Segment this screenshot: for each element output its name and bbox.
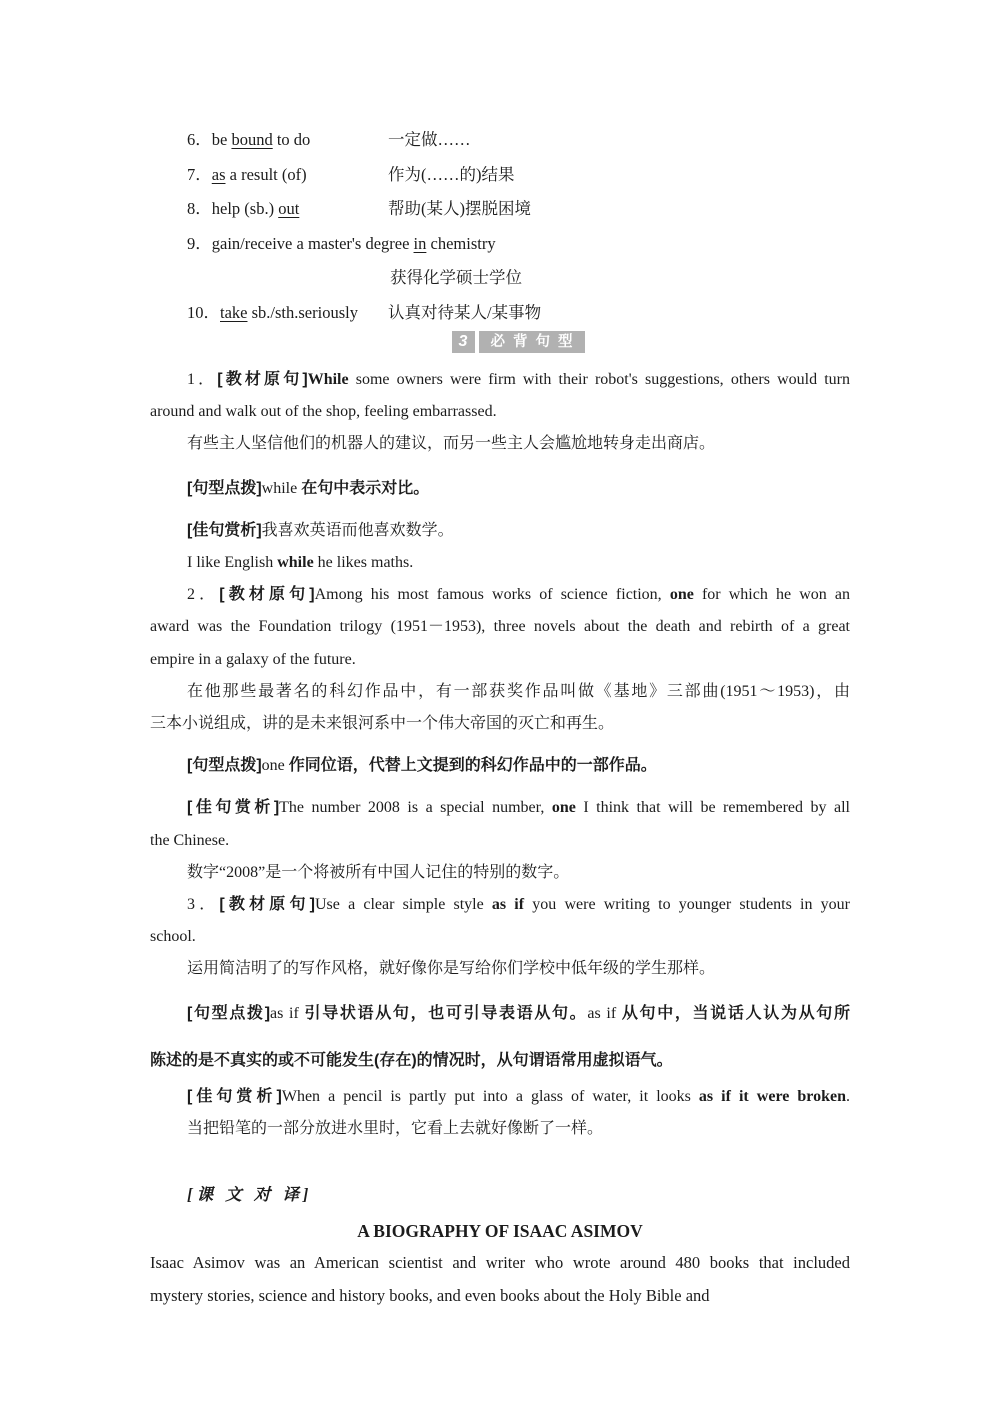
text-line: Isaac Asimov was an American scientist a… bbox=[150, 1247, 850, 1279]
vocab-chinese: 认真对待某人/某事物 bbox=[388, 296, 850, 331]
text-segment: bound bbox=[231, 130, 272, 149]
text-segment: some owners were firm with their robot's… bbox=[349, 371, 850, 388]
vocab-chinese: 作为(……的)结果 bbox=[388, 158, 850, 193]
text-segment: one bbox=[552, 799, 576, 816]
text-line: the Chinese. bbox=[150, 825, 850, 857]
text-segment: as bbox=[212, 165, 226, 184]
text-segment: empire in a galaxy of the future. bbox=[150, 651, 356, 668]
text-segment: to do bbox=[273, 130, 311, 149]
document-page: 6．be bound to do一定做……7．as a result (of)作… bbox=[0, 0, 1000, 1414]
passage-translation-label: [课 文 对 译] bbox=[150, 1179, 850, 1211]
vocab-english: 7．as a result (of) bbox=[150, 158, 388, 193]
text-segment: 在句中表示对比。 bbox=[301, 480, 429, 497]
text-line: 三本小说组成，讲的是未来银河系中一个伟大帝国的灭亡和再生。 bbox=[150, 708, 850, 740]
text-line: [句型点拨]one 作同位语，代替上文提到的科幻作品中的一部作品。 bbox=[150, 750, 850, 782]
section-title-badge: 必背句型 bbox=[479, 331, 585, 353]
vocab-english: 8．help (sb.) out bbox=[150, 192, 388, 227]
text-segment: 9．gain/receive a master's degree bbox=[187, 234, 414, 253]
vocab-english: 6．be bound to do bbox=[150, 123, 388, 158]
text-segment: [句型点拨] bbox=[187, 757, 262, 774]
text-line: 数字“2008”是一个将被所有中国人记住的特别的数字。 bbox=[150, 857, 850, 889]
text-segment: 10． bbox=[187, 303, 220, 322]
text-line: [句型点拨]while 在句中表示对比。 bbox=[150, 473, 850, 505]
vocab-item: 获得化学硕士学位 bbox=[150, 261, 850, 296]
text-segment: mystery stories, science and history boo… bbox=[150, 1286, 710, 1305]
vocab-chinese: 一定做…… bbox=[388, 123, 850, 158]
text-line: [佳句赏析]When a pencil is partly put into a… bbox=[150, 1081, 850, 1113]
text-segment: take bbox=[220, 303, 247, 322]
text-segment: 有些主人坚信他们的机器人的建议，而另一些主人会尴尬地转身走出商店。 bbox=[187, 435, 715, 452]
text-segment: 作同位语，代替上文提到的科幻作品中的一部作品。 bbox=[289, 757, 657, 774]
text-segment: award was the Foundation trilogy (1951－1… bbox=[150, 618, 850, 635]
vocab-item: 8．help (sb.) out帮助(某人)摆脱困境 bbox=[150, 192, 850, 227]
text-segment: . bbox=[846, 1088, 850, 1105]
text-segment: he likes maths. bbox=[314, 554, 414, 571]
text-line: 有些主人坚信他们的机器人的建议，而另一些主人会尴尬地转身走出商店。 bbox=[150, 428, 850, 460]
text-segment: sb./sth.seriously bbox=[247, 303, 357, 322]
text-segment: The number 2008 is a special number, bbox=[279, 799, 552, 816]
text-segment: 引导状语从句，也可引导表语从句。 bbox=[305, 1005, 588, 1022]
text-segment: Among his most famous works of science f… bbox=[315, 586, 670, 603]
text-segment: 我喜欢英语而他喜欢数学。 bbox=[262, 522, 454, 539]
text-line: 运用简洁明了的写作风格，就好像你是写给你们学校中低年级的学生那样。 bbox=[150, 953, 850, 985]
text-line: school. bbox=[150, 921, 850, 953]
text-segment: as if it were broken bbox=[699, 1088, 846, 1105]
text-line: 1．[教材原句]While some owners were firm with… bbox=[150, 364, 850, 396]
text-segment: while bbox=[262, 480, 302, 497]
vocab-item: 10．take sb./sth.seriously认真对待某人/某事物 bbox=[150, 296, 850, 331]
passage-body: Isaac Asimov was an American scientist a… bbox=[150, 1247, 850, 1311]
vocab-list: 6．be bound to do一定做……7．as a result (of)作… bbox=[150, 123, 850, 330]
text-segment: you were writing to younger students in … bbox=[524, 896, 850, 913]
text-segment: out bbox=[278, 199, 299, 218]
text-segment: 运用简洁明了的写作风格，就好像你是写给你们学校中低年级的学生那样。 bbox=[187, 960, 715, 977]
text-segment: [句型点拨] bbox=[187, 1005, 270, 1022]
vocab-item: 7．as a result (of)作为(……的)结果 bbox=[150, 158, 850, 193]
text-segment: 8．help (sb.) bbox=[187, 199, 278, 218]
text-segment: [佳句赏析] bbox=[187, 1088, 282, 1105]
text-line: [佳句赏析]The number 2008 is a special numbe… bbox=[150, 792, 850, 824]
vocab-chinese: 帮助(某人)摆脱困境 bbox=[388, 192, 850, 227]
text-segment: [佳句赏析] bbox=[187, 799, 279, 816]
text-segment: Use a clear simple style bbox=[315, 896, 492, 913]
text-segment: While bbox=[308, 371, 349, 388]
text-segment: 2． bbox=[187, 586, 219, 603]
text-segment: [佳句赏析] bbox=[187, 522, 262, 539]
text-segment: as if bbox=[270, 1005, 304, 1022]
text-segment: I think that will be remembered by all bbox=[576, 799, 850, 816]
vocab-chinese: 获得化学硕士学位 bbox=[150, 261, 850, 296]
vocab-english: 9．gain/receive a master's degree in chem… bbox=[150, 227, 850, 262]
text-segment: 3． bbox=[187, 896, 219, 913]
text-segment: 从句中，当说话人认为从句所 bbox=[622, 1005, 850, 1022]
section-number-badge: 3 bbox=[452, 331, 475, 353]
text-segment: [教材原句] bbox=[219, 586, 314, 603]
text-segment: I like English bbox=[187, 554, 277, 571]
text-segment: the Chinese. bbox=[150, 832, 229, 849]
text-segment: in bbox=[414, 234, 427, 253]
vocab-item: 9．gain/receive a master's degree in chem… bbox=[150, 227, 850, 262]
text-segment: 数字“2008”是一个将被所有中国人记住的特别的数字。 bbox=[187, 864, 569, 881]
text-segment: 当把铅笔的一部分放进水里时，它看上去就好像断了一样。 bbox=[187, 1120, 603, 1137]
vocab-item: 6．be bound to do一定做…… bbox=[150, 123, 850, 158]
text-segment: 1． bbox=[187, 371, 217, 388]
passage-title: A BIOGRAPHY OF ISAAC ASIMOV bbox=[150, 1215, 850, 1247]
text-segment: Isaac Asimov was an American scientist a… bbox=[150, 1253, 850, 1272]
text-line: [句型点拨]as if 引导状语从句，也可引导表语从句。as if 从句中，当说… bbox=[150, 998, 850, 1030]
text-line: 2．[教材原句]Among his most famous works of s… bbox=[150, 579, 850, 611]
text-segment: chemistry bbox=[426, 234, 495, 253]
vocab-english: 10．take sb./sth.seriously bbox=[150, 296, 388, 331]
text-line: mystery stories, science and history boo… bbox=[150, 1280, 850, 1312]
text-segment: as if bbox=[492, 896, 524, 913]
text-segment: one bbox=[670, 586, 694, 603]
text-segment: one bbox=[262, 757, 289, 774]
text-segment: 陈述的是不真实的或不可能发生(存在)的情况时，从句谓语常用虚拟语气。 bbox=[150, 1052, 673, 1069]
text-line: 在他那些最著名的科幻作品中，有一部获奖作品叫做《基地》三部曲(1951～1953… bbox=[150, 676, 850, 708]
text-line: around and walk out of the shop, feeling… bbox=[150, 396, 850, 428]
text-line: [佳句赏析]我喜欢英语而他喜欢数学。 bbox=[150, 515, 850, 547]
text-segment: around and walk out of the shop, feeling… bbox=[150, 403, 497, 420]
text-segment: 6．be bbox=[187, 130, 231, 149]
text-segment: while bbox=[277, 554, 313, 571]
text-segment: 7． bbox=[187, 165, 212, 184]
text-segment: When a pencil is partly put into a glass… bbox=[282, 1088, 699, 1105]
text-segment: [句型点拨] bbox=[187, 480, 262, 497]
text-segment: 三本小说组成，讲的是未来银河系中一个伟大帝国的灭亡和再生。 bbox=[150, 715, 614, 732]
text-segment: a result (of) bbox=[226, 165, 307, 184]
text-segment: [教材原句] bbox=[217, 371, 307, 388]
text-line: 当把铅笔的一部分放进水里时，它看上去就好像断了一样。 bbox=[150, 1113, 850, 1145]
text-segment: school. bbox=[150, 928, 196, 945]
text-segment: for which he won an bbox=[694, 586, 850, 603]
sentence-patterns: 1．[教材原句]While some owners were firm with… bbox=[150, 364, 850, 1145]
section-header: 3 必背句型 bbox=[168, 331, 868, 353]
text-line: I like English while he likes maths. bbox=[150, 547, 850, 579]
text-segment: [教材原句] bbox=[219, 896, 315, 913]
text-segment: as if bbox=[587, 1005, 621, 1022]
text-line: 3．[教材原句]Use a clear simple style as if y… bbox=[150, 889, 850, 921]
text-line: 陈述的是不真实的或不可能发生(存在)的情况时，从句谓语常用虚拟语气。 bbox=[150, 1045, 850, 1077]
text-line: award was the Foundation trilogy (1951－1… bbox=[150, 611, 850, 643]
text-line: empire in a galaxy of the future. bbox=[150, 644, 850, 676]
text-segment: 在他那些最著名的科幻作品中，有一部获奖作品叫做《基地》三部曲(1951～1953… bbox=[187, 683, 850, 700]
